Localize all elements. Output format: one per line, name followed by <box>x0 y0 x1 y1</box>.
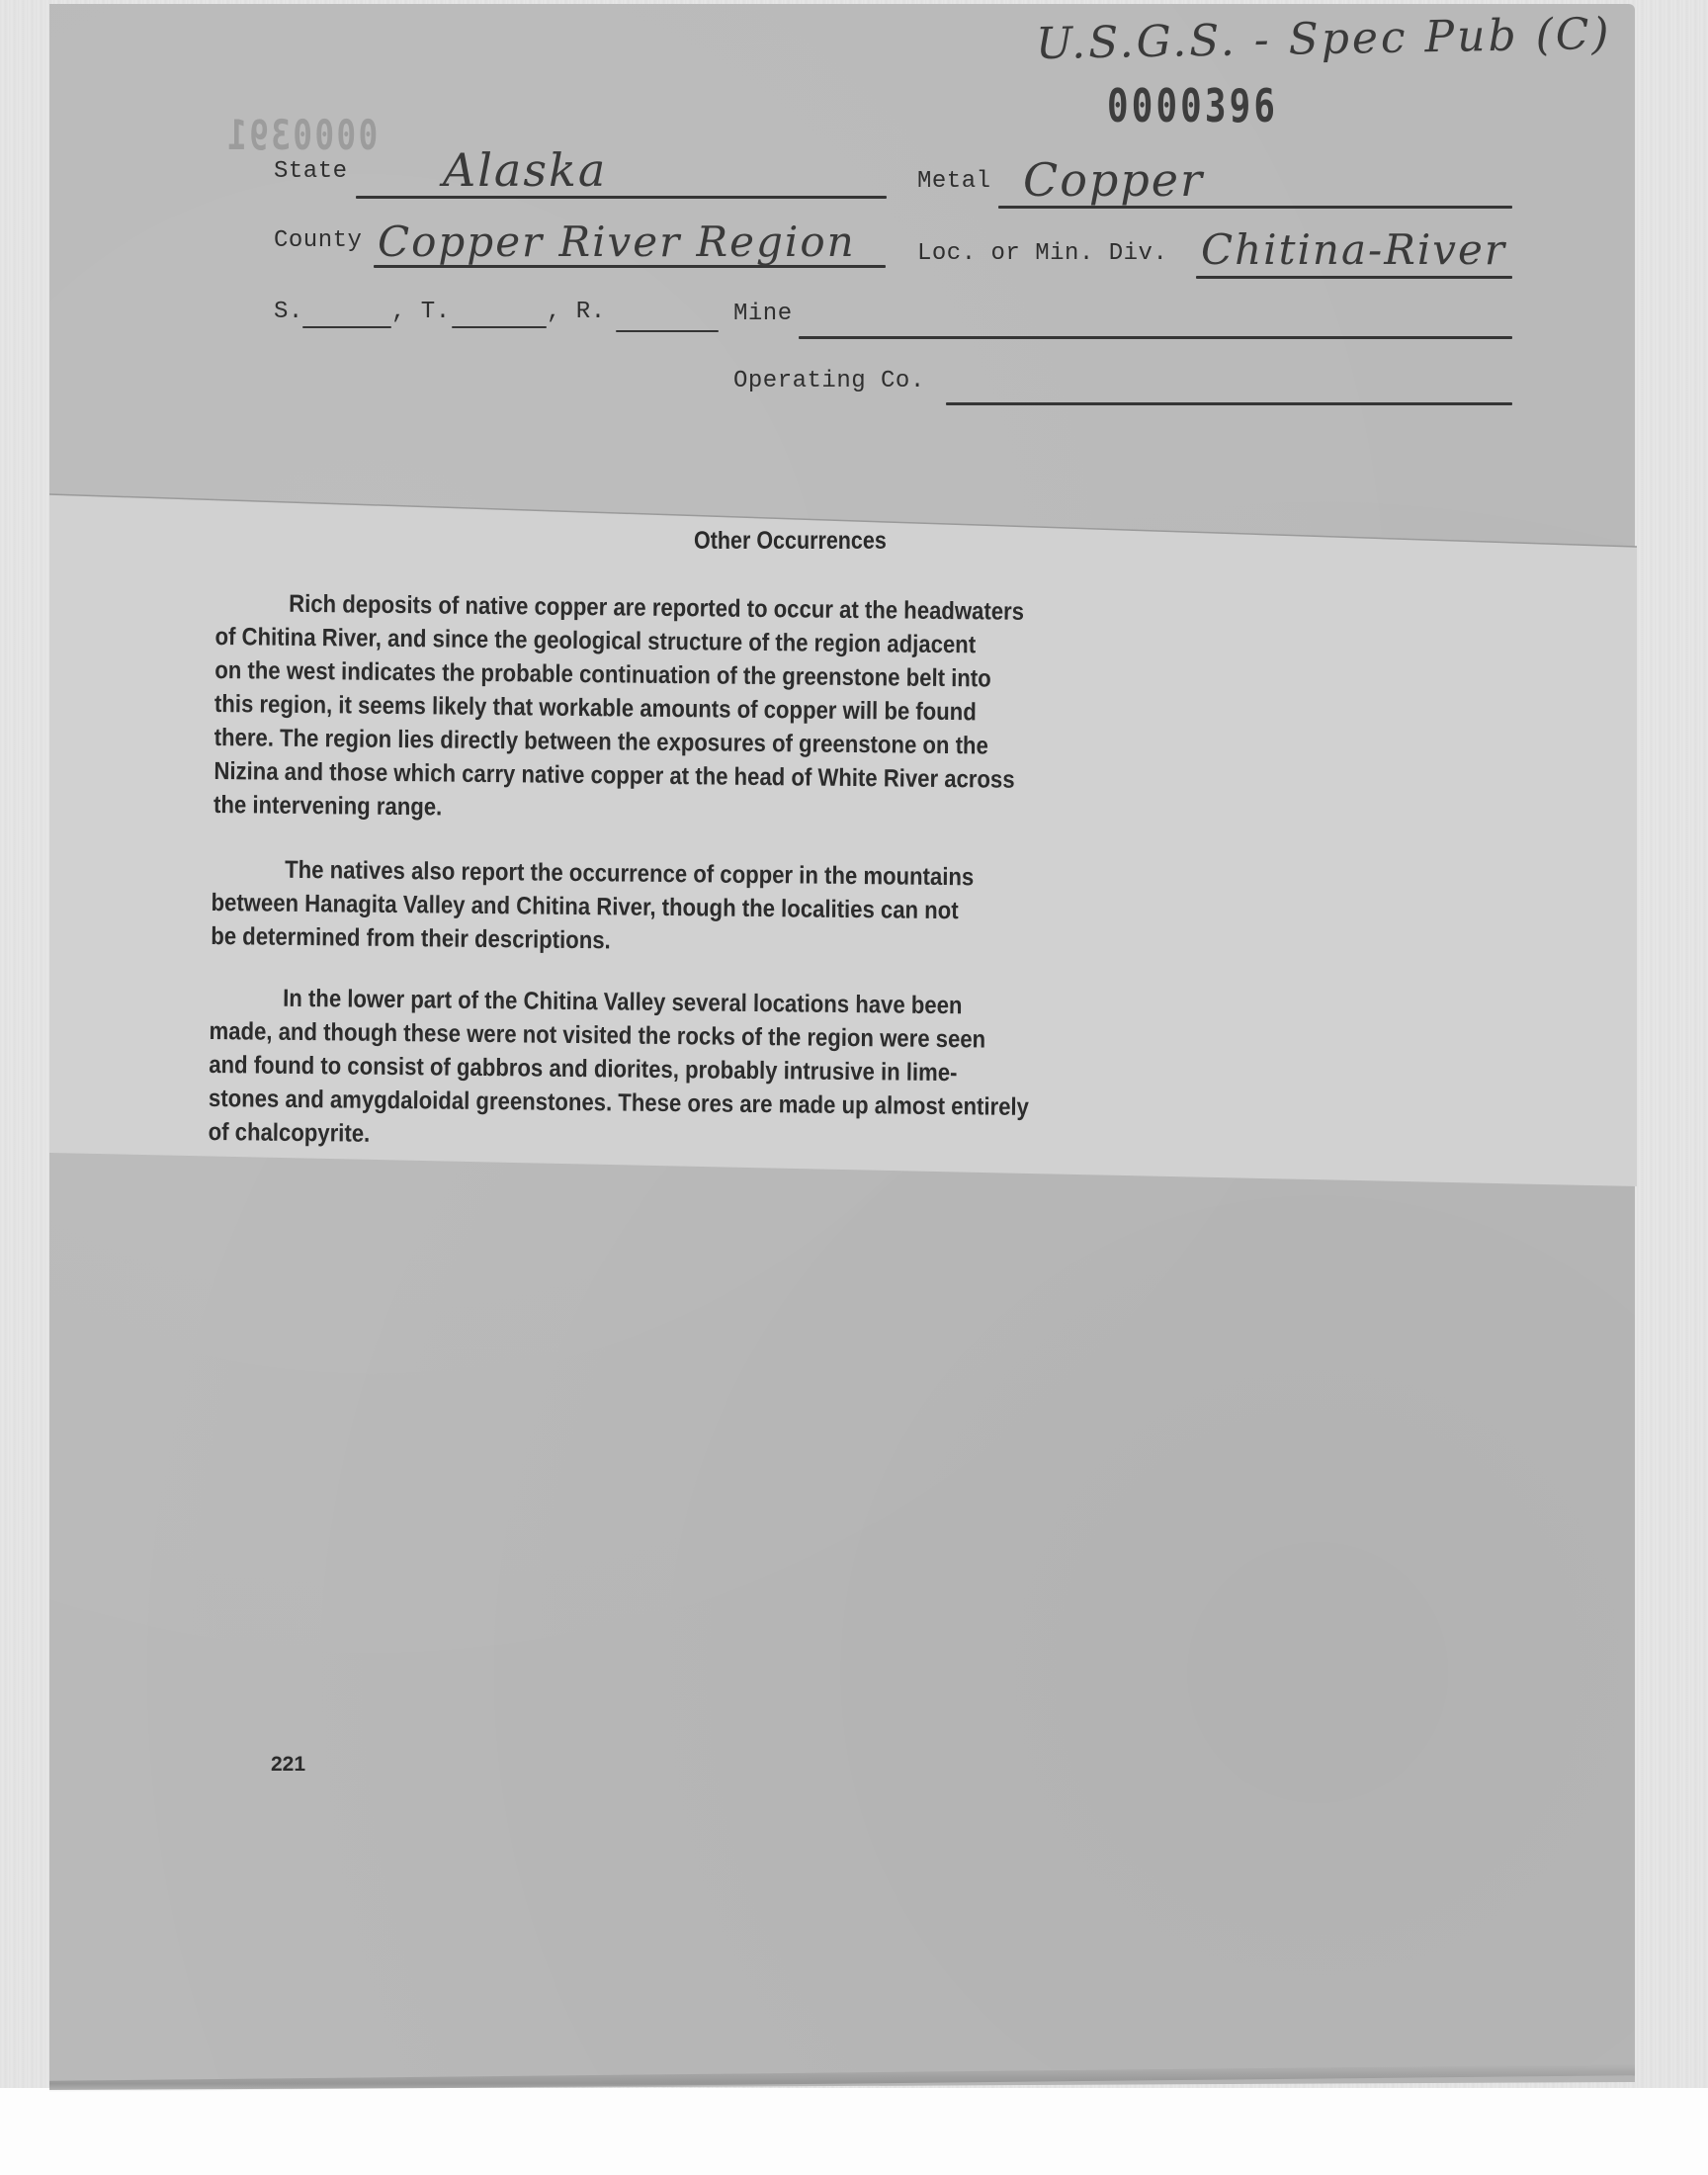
operating-co-label: Operating Co. <box>733 368 925 394</box>
section-label: S. <box>274 299 303 325</box>
page-number: 221 <box>271 1753 305 1777</box>
metal-value: Copper <box>1023 153 1204 207</box>
mine-underline <box>799 336 1512 339</box>
operating-co-underline <box>946 402 1512 405</box>
state-label: State <box>274 158 348 185</box>
metal-label: Metal <box>917 168 991 195</box>
mine-label: Mine <box>733 301 793 327</box>
county-value: Copper River Region <box>378 217 856 266</box>
county-label: County <box>274 227 362 254</box>
handwritten-annotation: U.S.G.S. - Spec Pub (C) <box>1036 9 1612 69</box>
loc-min-div-underline <box>1196 276 1512 279</box>
paragraph-2: The natives also report the occurrence o… <box>211 852 974 961</box>
range-label: , R. <box>547 299 606 325</box>
paragraph-1: Rich deposits of native copper are repor… <box>213 586 1024 830</box>
township-label: , T. <box>391 299 451 325</box>
range-underline <box>616 330 719 332</box>
township-underline <box>452 326 547 328</box>
state-value: Alaska <box>443 143 607 197</box>
slip-heading: Other Occurrences <box>694 527 887 556</box>
state-underline <box>356 196 887 199</box>
section-underline <box>302 326 391 328</box>
loc-min-div-label: Loc. or Min. Div. <box>917 240 1167 267</box>
loc-min-div-value: Chitina-River <box>1201 225 1506 274</box>
mirrored-stamp-bleed-through: 0000391 <box>225 111 378 159</box>
stamped-record-number: 0000396 <box>1107 79 1278 132</box>
paragraph-3: In the lower part of the Chitina Valley … <box>209 981 1030 1158</box>
